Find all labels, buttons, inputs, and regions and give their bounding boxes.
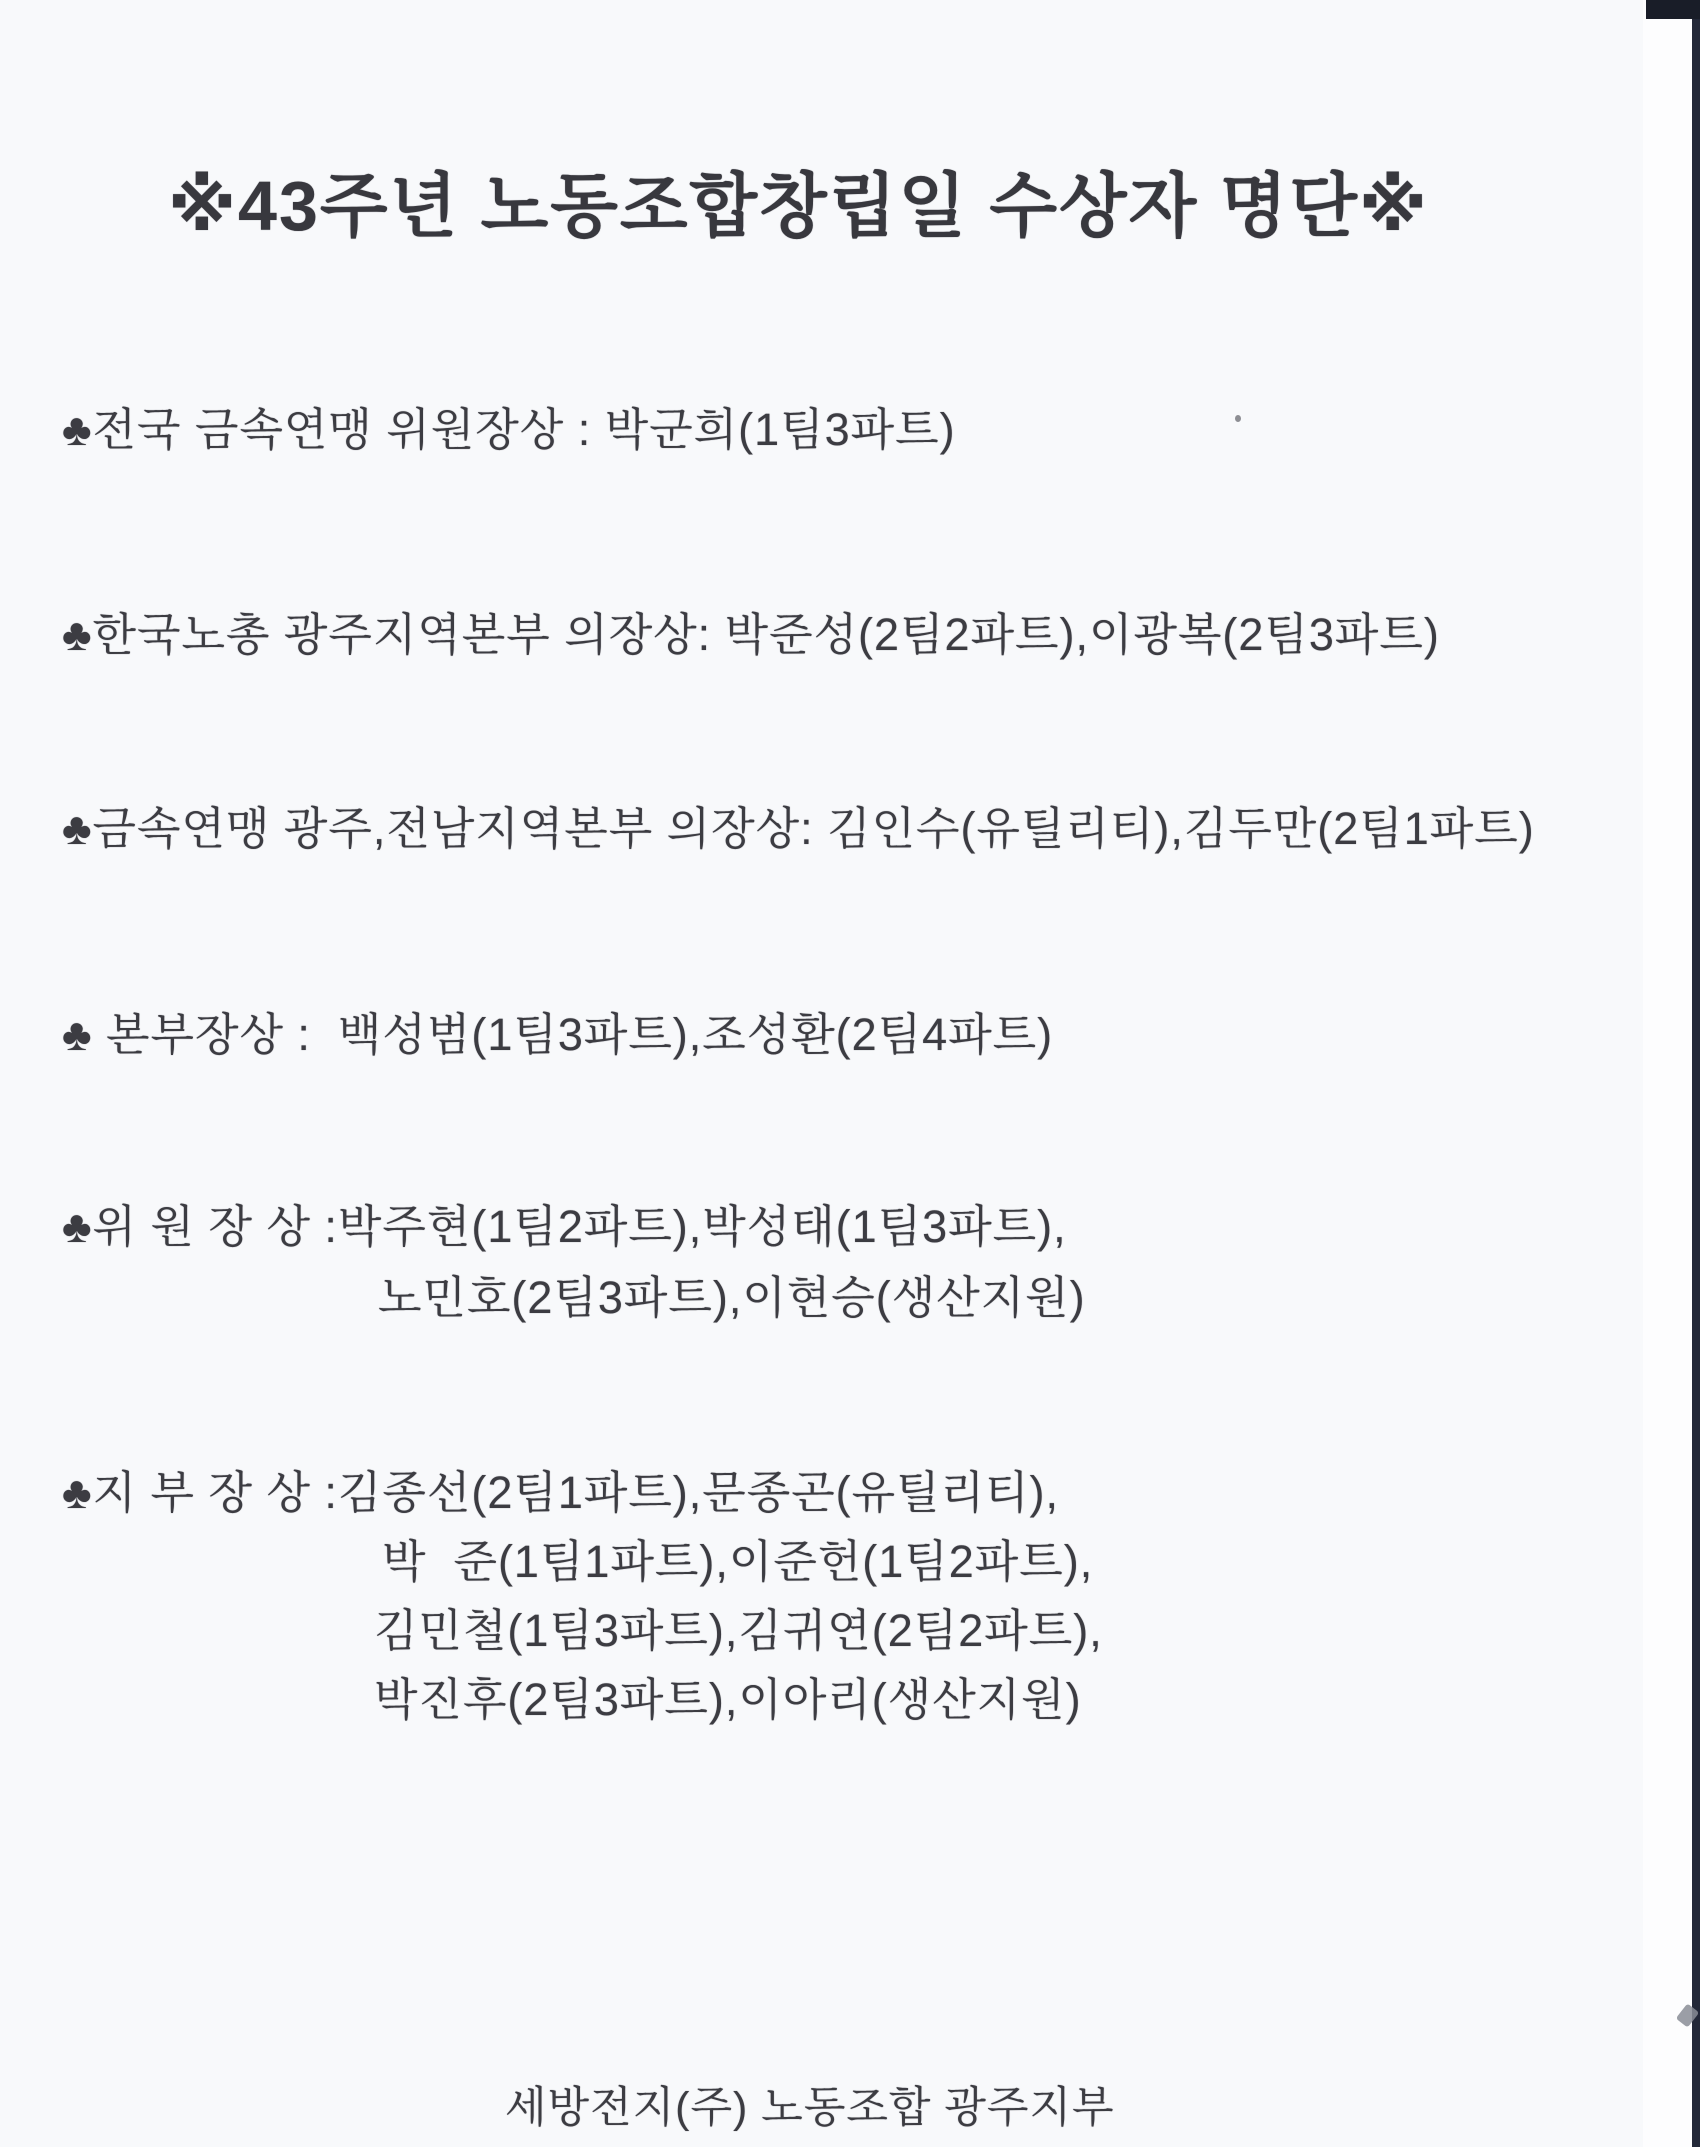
scan-dark-corner-artifact	[1646, 0, 1700, 19]
award-line-branch-chief-2: 박 준(1팀1파트),이준헌(1팀2파트),	[382, 1525, 1093, 1590]
award-line-national-metal-federation: ♣전국 금속연맹 위원장상 : 박군희(1팀3파트)	[62, 393, 956, 458]
award-line-branch-chief-4: 박진후(2팀3파트),이아리(생산지원)	[374, 1663, 1082, 1728]
scan-bright-strip-artifact	[1643, 0, 1692, 2147]
page-title: ※43주년 노동조합창립일 수상자 명단※	[168, 150, 1429, 251]
scanned-document-page: ※43주년 노동조합창립일 수상자 명단※ ♣전국 금속연맹 위원장상 : 박군…	[0, 0, 1700, 2147]
organization-footer: 세방전지(주) 노동조합 광주지부	[505, 2074, 1115, 2135]
scan-speck-artifact	[1235, 415, 1241, 422]
award-line-headquarters-chief: ♣ 본부장상 : 백성범(1팀3파트),조성환(2팀4파트)	[62, 998, 1053, 1063]
award-line-branch-chief-3: 김민철(1팀3파트),김귀연(2팀2파트),	[374, 1594, 1103, 1659]
award-line-chairman-1: ♣위 원 장 상 :박주현(1팀2파트),박성태(1팀3파트),	[62, 1190, 1067, 1255]
award-line-branch-chief-1: ♣지 부 장 상 :김종선(2팀1파트),문종곤(유틸리티),	[62, 1456, 1059, 1521]
scan-dark-edge-artifact	[1692, 0, 1700, 2147]
award-line-fktu-gwangju-chairman: ♣한국노총 광주지역본부 의장상: 박준성(2팀2파트),이광복(2팀3파트)	[62, 598, 1440, 663]
award-line-chairman-2: 노민호(2팀3파트),이현승(생산지원)	[378, 1261, 1086, 1326]
award-line-metal-federation-gwangju-jeonnam: ♣금속연맹 광주,전남지역본부 의장상: 김인수(유틸리티),김두만(2팀1파트…	[62, 792, 1535, 857]
